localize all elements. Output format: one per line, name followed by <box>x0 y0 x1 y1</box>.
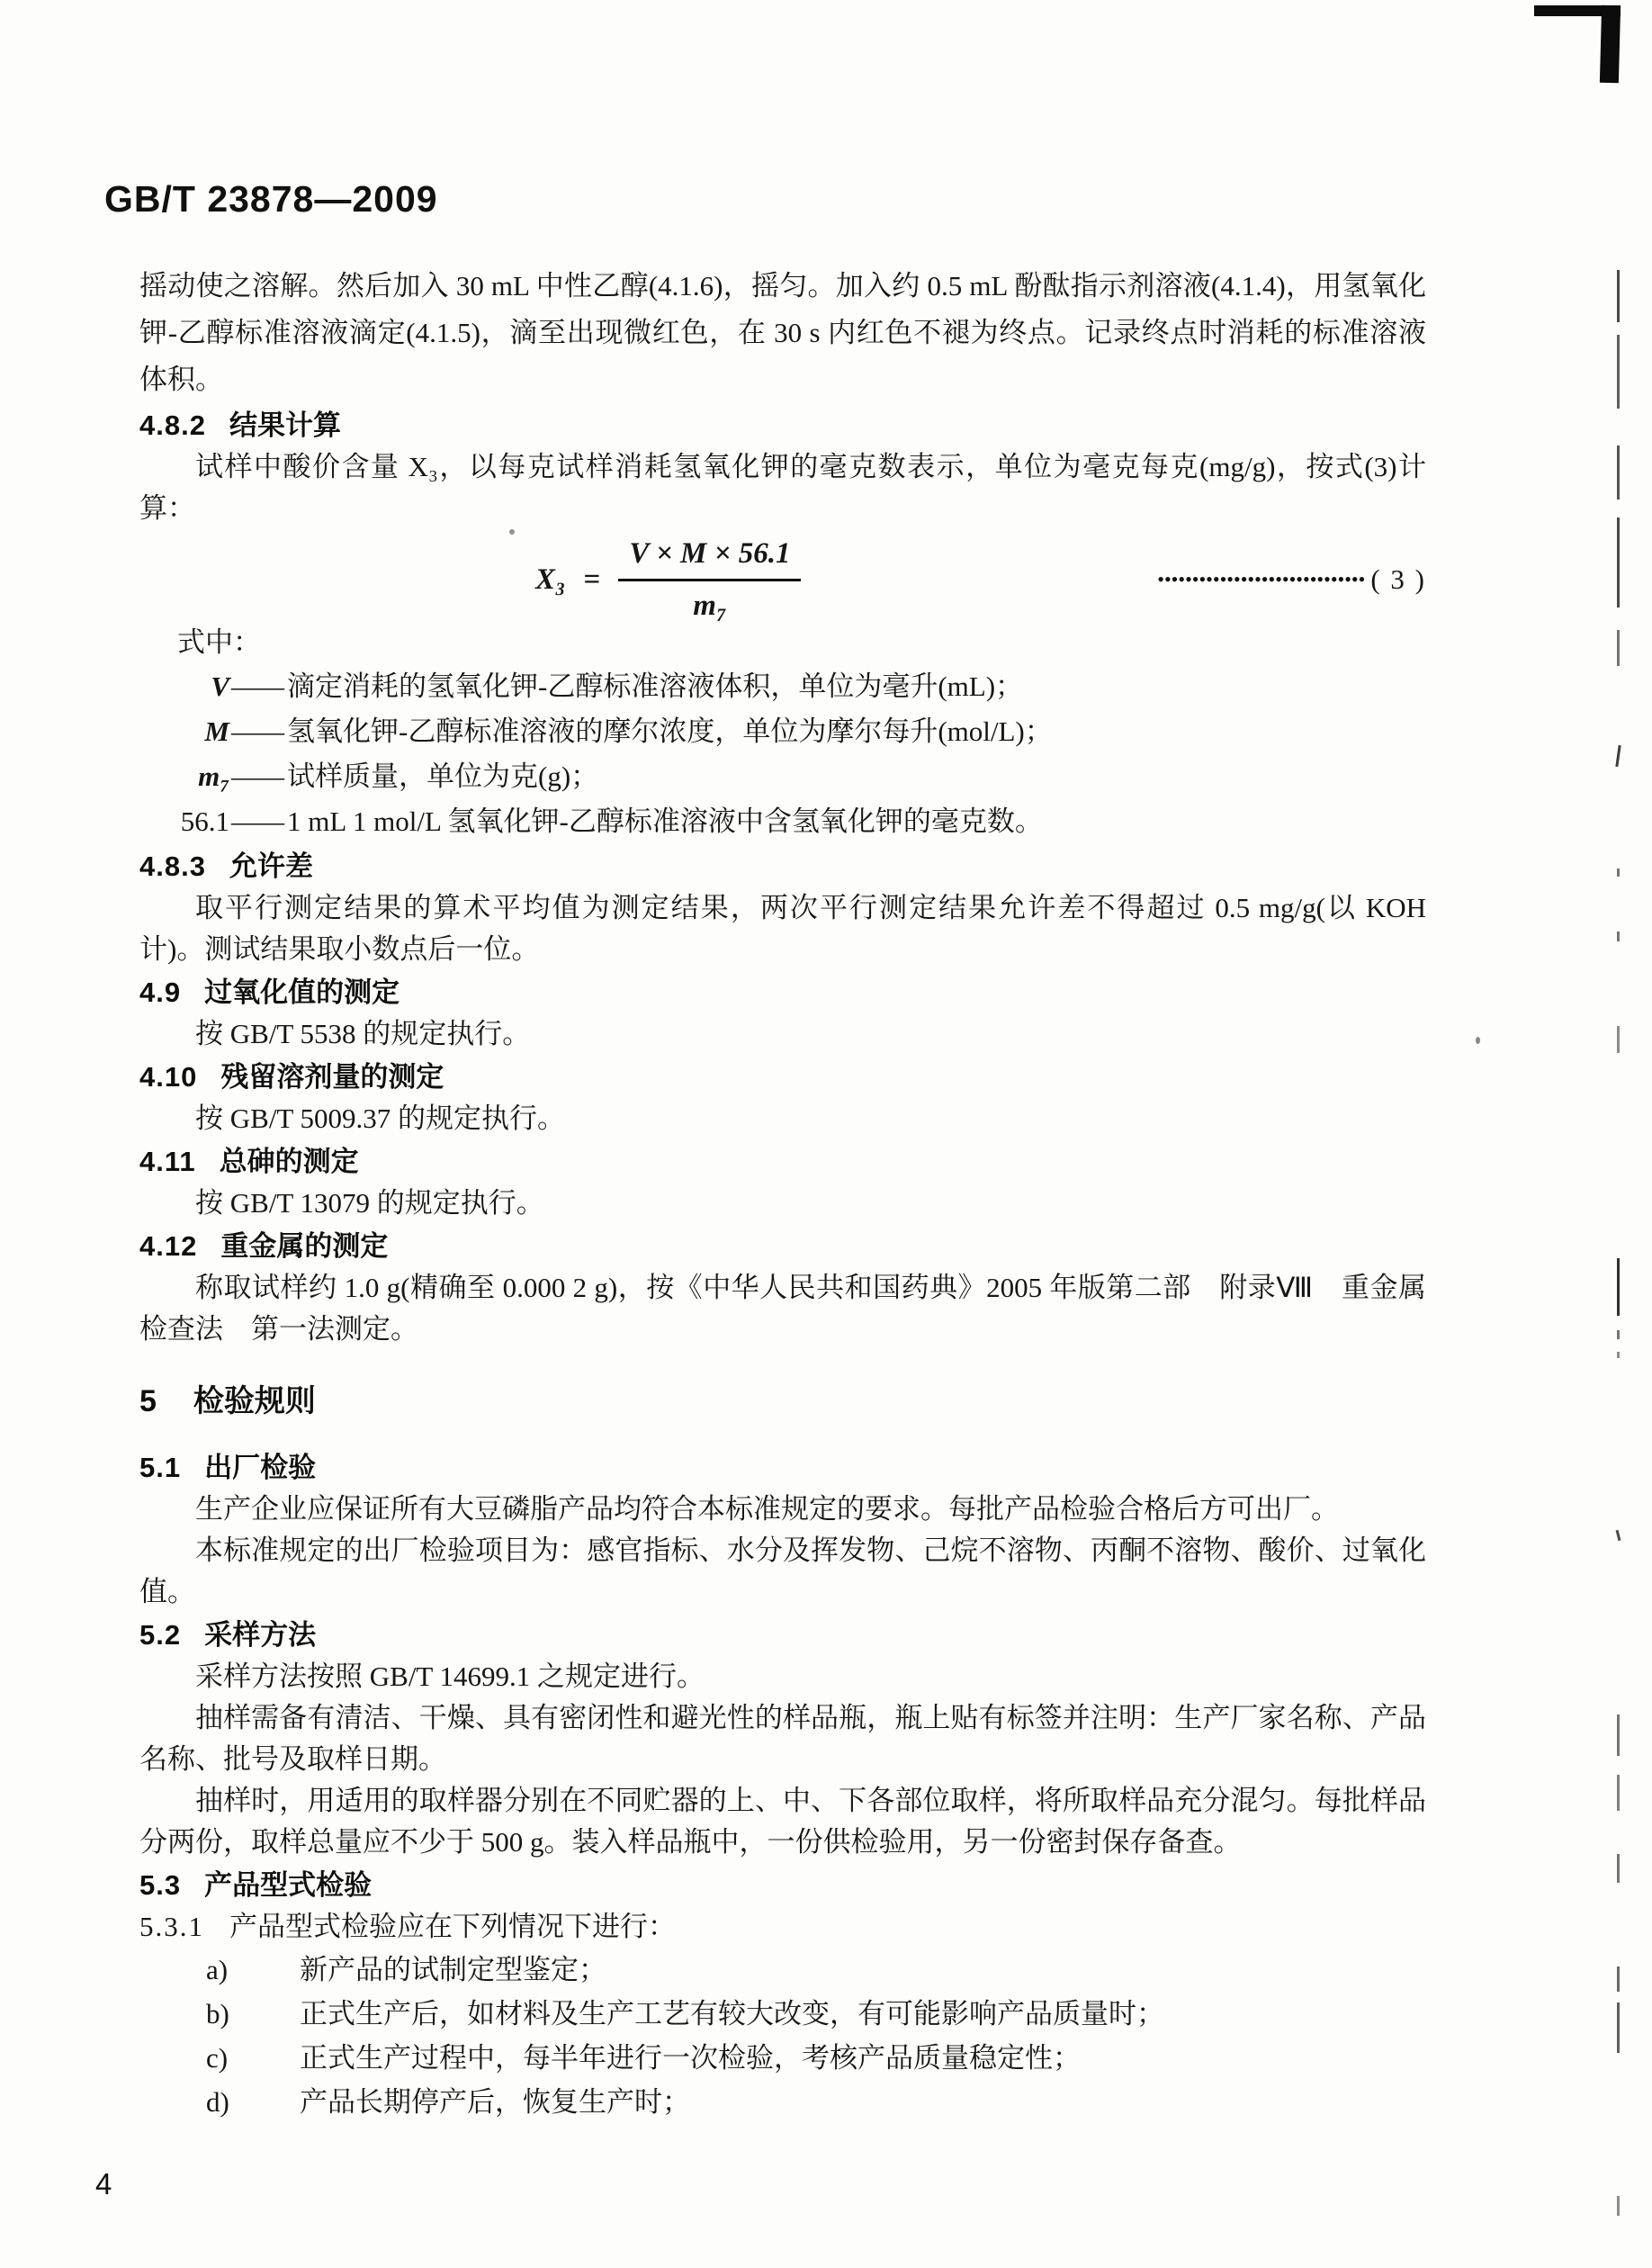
heading-number: 4.8.2 <box>139 405 206 446</box>
section-heading-4-8-2: 4.8.2 结果计算 <box>139 405 1426 446</box>
paragraph-factory-inspection-1: 生产企业应保证所有大豆磷脂产品均符合本标准规定的要求。每批产品检验合格后方可出厂… <box>139 1489 1426 1530</box>
heading-title: 采样方法 <box>204 1615 316 1656</box>
paragraph-peroxide: 按 GB/T 5538 的规定执行。 <box>139 1013 1426 1055</box>
scan-line-artifact <box>1617 1352 1620 1358</box>
paragraph-titration-procedure: 摇动使之溶解。然后加入 30 mL 中性乙醇(4.1.6)，摇匀。加入约 0.5… <box>139 263 1426 403</box>
definition-dash: —— <box>229 709 287 754</box>
page-number: 4 <box>95 2167 112 2201</box>
heading-title: 检验规则 <box>193 1379 316 1424</box>
where-label: 式中： <box>139 621 1426 664</box>
scan-corner-mark <box>1534 5 1621 16</box>
scan-line-artifact <box>1617 1258 1620 1316</box>
heading-number: 5.3 <box>139 1865 181 1906</box>
formula-leader-dots: •••••••••••••••••••••••••••••• <box>801 559 1370 600</box>
heading-number: 4.10 <box>139 1057 197 1098</box>
paragraph-sampling-1: 采样方法按照 GB/T 14699.1 之规定进行。 <box>139 1656 1426 1697</box>
definition-desc: 滴定消耗的氢氧化钾-乙醇标准溶液体积，单位为毫升(mL)； <box>287 664 1426 709</box>
item-marker: a) <box>206 1948 300 1992</box>
heading-number: 4.12 <box>139 1226 197 1267</box>
list-item-b: b) 正式生产后，如材料及生产工艺有较大改变，有可能影响产品质量时； <box>139 1992 1426 2036</box>
definition-row: 56.1 —— 1 mL 1 mol/L 氢氧化钾-乙醇标准溶液中含氢氧化钾的毫… <box>139 799 1426 844</box>
scan-line-artifact <box>1617 445 1620 499</box>
definition-term: M <box>139 709 229 754</box>
definition-desc: 1 mL 1 mol/L 氢氧化钾-乙醇标准溶液中含氢氧化钾的毫克数。 <box>287 799 1426 844</box>
paragraph-result-calculation: 试样中酸价含量 X₃，以每克试样消耗氢氧化钾的毫克数表示，单位为毫克每克(mg/… <box>139 446 1426 529</box>
clause-5-3-1: 5.3.1产品型式检验应在下列情况下进行： <box>139 1906 1426 1948</box>
item-marker: c) <box>206 2036 300 2080</box>
chapter-heading-5: 5 检验规则 <box>139 1379 1426 1424</box>
heading-number: 4.9 <box>139 972 181 1013</box>
section-heading-4-10: 4.10 残留溶剂量的测定 <box>139 1057 1426 1098</box>
section-heading-4-11: 4.11 总砷的测定 <box>139 1141 1426 1183</box>
definition-dash: —— <box>229 754 287 799</box>
paragraph-heavy-metals: 称取试样约 1.0 g(精确至 0.000 2 g)，按《中华人民共和国药典》2… <box>139 1267 1426 1350</box>
heading-number: 5 <box>139 1379 157 1424</box>
fraction-numerator: V × M × 56.1 <box>618 533 801 581</box>
definition-term: m₇ <box>139 754 229 799</box>
scan-line-artifact <box>1617 335 1620 409</box>
formula-number: ( 3 ) <box>1370 559 1426 600</box>
item-text: 新产品的试制定型鉴定； <box>300 1948 1426 1992</box>
section-heading-4-9: 4.9 过氧化值的测定 <box>139 972 1426 1013</box>
heading-number: 4.8.3 <box>139 846 206 887</box>
scan-line-artifact <box>1617 517 1620 607</box>
scan-line-artifact <box>1616 1530 1621 1541</box>
paragraph-tolerance: 取平行测定结果的算术平均值为测定结果，两次平行测定结果允许差不得超过 0.5 m… <box>139 887 1426 970</box>
definition-row: V —— 滴定消耗的氢氧化钾-乙醇标准溶液体积，单位为毫升(mL)； <box>139 664 1426 709</box>
section-heading-4-8-3: 4.8.3 允许差 <box>139 846 1426 887</box>
scan-line-artifact <box>1617 270 1620 322</box>
item-text: 产品长期停产后，恢复生产时； <box>300 2080 1426 2124</box>
scan-corner-mark <box>1600 5 1621 84</box>
item-text: 正式生产过程中，每半年进行一次检验，考核产品质量稳定性； <box>300 2036 1426 2080</box>
scan-line-artifact <box>1617 1775 1620 1811</box>
clause-text: 产品型式检验应在下列情况下进行： <box>229 1911 676 1942</box>
section-heading-4-12: 4.12 重金属的测定 <box>139 1226 1426 1267</box>
scan-line-artifact <box>1617 2196 1620 2216</box>
section-heading-5-2: 5.2 采样方法 <box>139 1615 1426 1656</box>
definition-row: M —— 氢氧化钾-乙醇标准溶液的摩尔浓度，单位为摩尔每升(mol/L)； <box>139 709 1426 754</box>
section-heading-5-3: 5.3 产品型式检验 <box>139 1865 1426 1906</box>
scan-speck <box>1476 1037 1480 1044</box>
scan-speck <box>509 529 515 535</box>
heading-title: 产品型式检验 <box>204 1865 372 1906</box>
scanned-document-page: GB/T 23878—2009 摇动使之溶解。然后加入 30 mL 中性乙醇(4… <box>0 0 1652 2268</box>
definition-term: 56.1 <box>139 799 229 844</box>
scan-line-artifact <box>1617 1026 1620 1053</box>
heading-title: 总砷的测定 <box>220 1141 359 1183</box>
scan-line-artifact <box>1615 745 1621 767</box>
item-text: 正式生产后，如材料及生产工艺有较大改变，有可能影响产品质量时； <box>300 1992 1426 2036</box>
heading-number: 5.2 <box>139 1615 181 1656</box>
formula-equals: = <box>584 559 601 600</box>
list-item-c: c) 正式生产过程中，每半年进行一次检验，考核产品质量稳定性； <box>139 2036 1426 2080</box>
scan-line-artifact <box>1617 931 1620 941</box>
heading-title: 结果计算 <box>229 405 341 446</box>
paragraph-residual-solvent: 按 GB/T 5009.37 的规定执行。 <box>139 1098 1426 1139</box>
item-marker: b) <box>206 1992 300 2036</box>
scan-line-artifact <box>1617 630 1620 666</box>
scan-line-artifact <box>1617 2002 1620 2053</box>
formula-expression: X₃ = V × M × 56.1 m₇ <box>535 533 801 626</box>
clause-number: 5.3.1 <box>139 1906 204 1948</box>
heading-title: 出厂检验 <box>204 1447 316 1489</box>
definition-term: V <box>139 664 229 709</box>
heading-title: 过氧化值的测定 <box>204 972 400 1013</box>
definition-desc: 氢氧化钾-乙醇标准溶液的摩尔浓度，单位为摩尔每升(mol/L)； <box>287 709 1426 754</box>
scan-line-artifact <box>1617 1854 1620 1883</box>
scan-line-artifact <box>1617 868 1620 877</box>
list-item-d: d) 产品长期停产后，恢复生产时； <box>139 2080 1426 2124</box>
formula: X₃ = V × M × 56.1 m₇ •••••••••••••••••••… <box>139 540 1426 619</box>
heading-number: 5.1 <box>139 1447 181 1489</box>
heading-title: 残留溶剂量的测定 <box>220 1057 444 1098</box>
definition-dash: —— <box>229 664 287 709</box>
paragraph-sampling-3: 抽样时，用适用的取样器分别在不同贮器的上、中、下各部位取样，将所取样品充分混匀。… <box>139 1780 1426 1863</box>
scan-line-artifact <box>1617 1714 1620 1756</box>
fraction-denominator: m₇ <box>618 581 801 626</box>
definition-dash: —— <box>229 799 287 844</box>
page-body: 摇动使之溶解。然后加入 30 mL 中性乙醇(4.1.6)，摇匀。加入约 0.5… <box>139 263 1426 2124</box>
formula-fraction: V × M × 56.1 m₇ <box>618 533 801 626</box>
scan-line-artifact <box>1617 1330 1620 1339</box>
paragraph-total-arsenic: 按 GB/T 13079 的规定执行。 <box>139 1183 1426 1224</box>
scan-line-artifact <box>1617 1966 1620 1992</box>
formula-lhs: X₃ <box>535 559 566 600</box>
definition-row: m₇ —— 试样质量，单位为克(g)； <box>139 754 1426 799</box>
definition-desc: 试样质量，单位为克(g)； <box>287 754 1426 799</box>
paragraph-factory-inspection-2: 本标准规定的出厂检验项目为：感官指标、水分及挥发物、己烷不溶物、丙酮不溶物、酸价… <box>139 1530 1426 1613</box>
heading-number: 4.11 <box>139 1141 196 1183</box>
standard-code: GB/T 23878—2009 <box>104 178 438 220</box>
list-item-a: a) 新产品的试制定型鉴定； <box>139 1948 1426 1992</box>
heading-title: 重金属的测定 <box>220 1226 388 1267</box>
paragraph-sampling-2: 抽样需备有清洁、干燥、具有密闭性和避光性的样品瓶，瓶上贴有标签并注明：生产厂家名… <box>139 1697 1426 1780</box>
section-heading-5-1: 5.1 出厂检验 <box>139 1447 1426 1489</box>
heading-title: 允许差 <box>229 846 313 887</box>
item-marker: d) <box>206 2080 300 2124</box>
